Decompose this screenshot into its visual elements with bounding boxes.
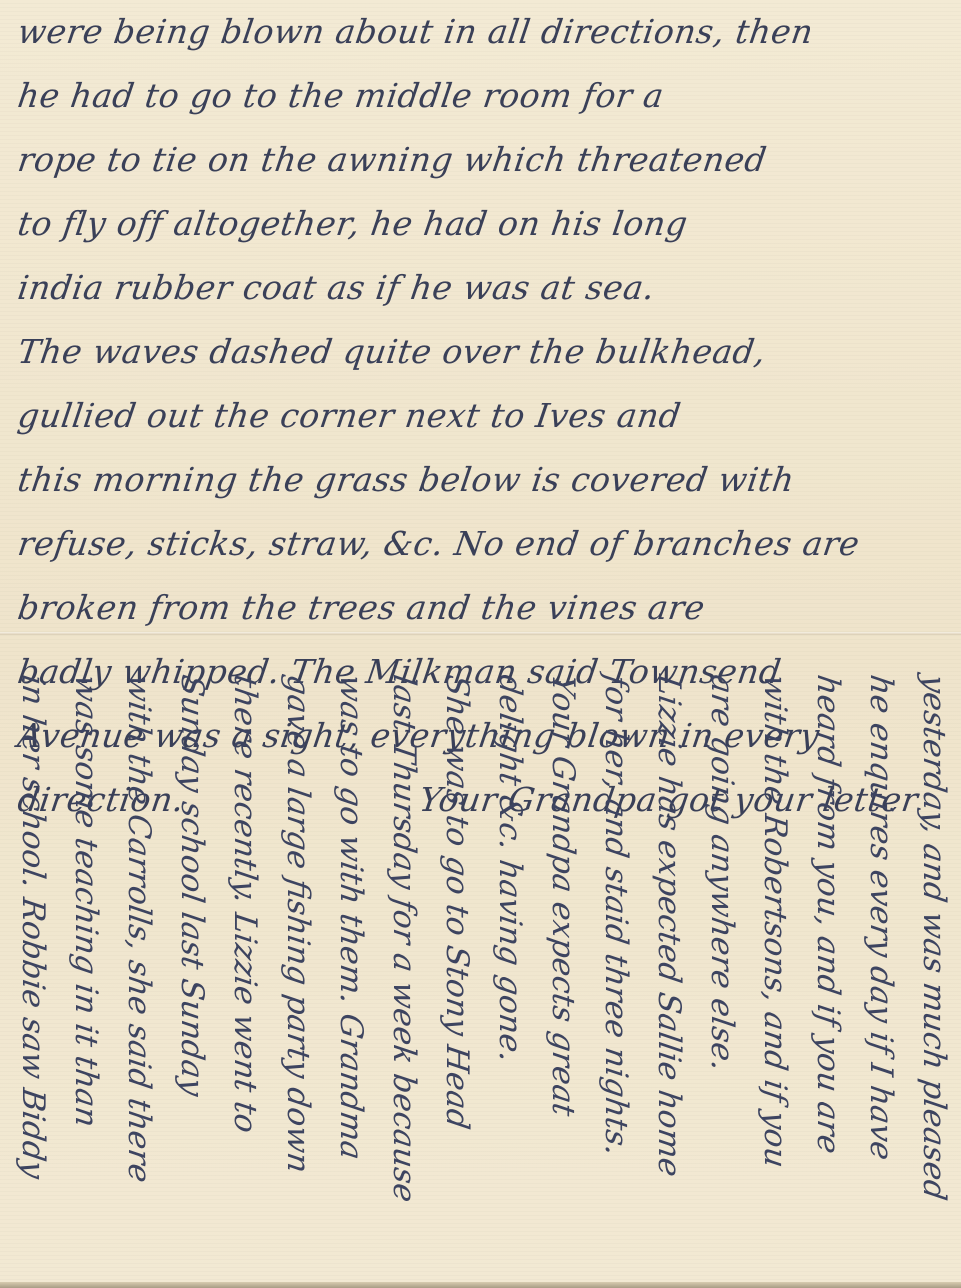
rotated-line: was some teaching in it than [59, 641, 112, 1288]
rotated-text-block: yesterday, and was much pleased he enqui… [20, 645, 960, 1288]
letter-page: were being blown about in all directions… [0, 0, 961, 1288]
rotated-line: heard from you, and if you are [801, 641, 854, 1288]
rotated-line: he enquires every day if I have [854, 641, 907, 1288]
rotated-line: in her school. Robbie saw Biddy [6, 641, 59, 1288]
letter-line: gullied out the corner next to Ives and [14, 384, 953, 448]
rotated-line: yesterday, and was much pleased [907, 641, 960, 1288]
rotated-line: She was to go to Stony Head [430, 641, 483, 1288]
rotated-line: gave a large fishing party down [271, 641, 324, 1288]
letter-line: this morning the grass below is covered … [14, 448, 953, 512]
rotated-line: last Thursday for a week because [377, 641, 430, 1288]
rotated-line: are going anywhere else. [695, 641, 748, 1288]
letter-line: broken from the trees and the vines are [14, 576, 953, 640]
rotated-line: Collins in a store in N.Y. about [0, 641, 6, 1288]
letter-line: refuse, sticks, straw, &c. No end of bra… [14, 512, 953, 576]
rotated-line: there recently. Lizzie went to [218, 641, 271, 1288]
rotated-line: with the Robertsons, and if you [748, 641, 801, 1288]
letter-line: The waves dashed quite over the bulkhead… [14, 320, 953, 384]
rotated-line: for her, and staid three nights. [589, 641, 642, 1288]
letter-line: he had to go to the middle room for a [14, 64, 953, 128]
rotated-line: Your Grandpa expects great [536, 641, 589, 1288]
rotated-line: delight &c. having gone. [483, 641, 536, 1288]
paper-bottom-edge [0, 1282, 961, 1288]
letter-rotated-section: yesterday, and was much pleased he enqui… [0, 645, 961, 1288]
rotated-line: with the Carrolls, she said there [112, 641, 165, 1288]
letter-line: india rubber coat as if he was at sea. [14, 256, 953, 320]
letter-line: to fly off altogether, he had on his lon… [14, 192, 953, 256]
rotated-line: was to go with them. Grandma [324, 641, 377, 1288]
rotated-line: Lizzie has expected Sallie home [642, 641, 695, 1288]
letter-line: rope to tie on the awning which threaten… [14, 128, 953, 192]
rotated-line: Sunday school last Sunday [165, 641, 218, 1288]
letter-line: were being blown about in all directions… [14, 0, 953, 64]
